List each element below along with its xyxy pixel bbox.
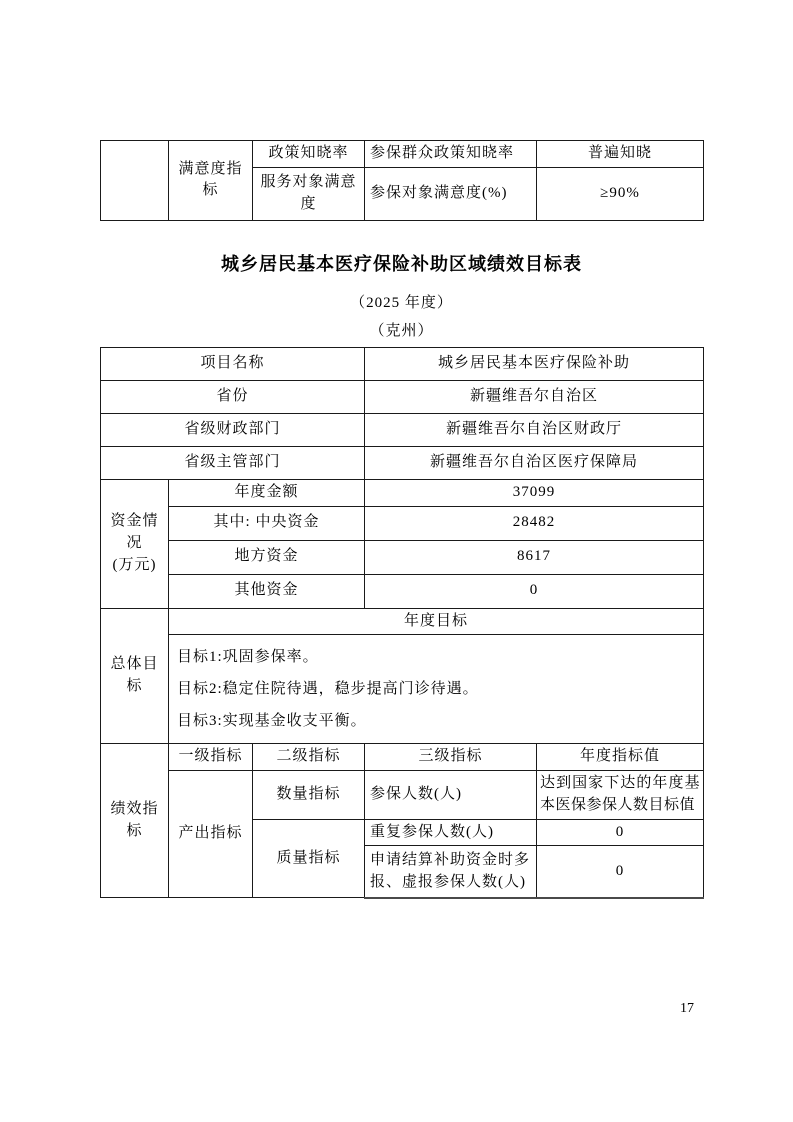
annual-goal-header-cell: 年度目标 xyxy=(169,608,704,635)
level3-indicator-cell: 申请结算补助资金时多报、虚报参保人数(人) xyxy=(365,846,537,898)
table-row: 绩效指标 一级指标 二级指标 三级指标 年度指标值 xyxy=(101,744,704,771)
funding-label: 其中: 中央资金 xyxy=(169,506,365,540)
finance-dept-label: 省级财政部门 xyxy=(101,413,365,446)
table-row: 省份 新疆维吾尔自治区 xyxy=(101,380,704,413)
table-row: 满意度指标 政策知晓率 参保群众政策知晓率 普遍知晓 xyxy=(101,141,704,168)
satisfaction-indicator-table: 满意度指标 政策知晓率 参保群众政策知晓率 普遍知晓 服务对象满意度 参保对象满… xyxy=(100,140,704,221)
title-block: 城乡居民基本医疗保险补助区域绩效目标表 （2025 年度） （克州） xyxy=(100,250,703,340)
annual-value-header-cell: 年度指标值 xyxy=(537,744,704,771)
table-row: 目标1:巩固参保率。 目标2:稳定住院待遇，稳步提高门诊待遇。 目标3:实现基金… xyxy=(101,635,704,744)
table-row: 项目名称 城乡居民基本医疗保险补助 xyxy=(101,347,704,380)
table-row: 其他资金 0 xyxy=(101,574,704,608)
indicator-value-cell: 0 xyxy=(537,819,704,846)
level1-indicator-cell: 产出指标 xyxy=(169,771,253,898)
page-number: 17 xyxy=(680,1001,694,1017)
level1-header-cell: 一级指标 xyxy=(169,744,253,771)
level3-indicator-cell: 参保人数(人) xyxy=(365,771,537,820)
tertiary-indicator-cell: 参保对象满意度(%) xyxy=(365,167,537,220)
finance-dept-value: 新疆维吾尔自治区财政厅 xyxy=(365,413,704,446)
table-row: 总体目标 年度目标 xyxy=(101,608,704,635)
indicator-value-cell: 达到国家下达的年度基本医保参保人数目标值 xyxy=(537,771,704,820)
secondary-indicator-cell: 服务对象满意度 xyxy=(253,167,365,220)
authority-dept-value: 新疆维吾尔自治区医疗保障局 xyxy=(365,446,704,479)
secondary-indicator-cell: 政策知晓率 xyxy=(253,141,365,168)
level2-header-cell: 二级指标 xyxy=(253,744,365,771)
performance-target-table: 项目名称 城乡居民基本医疗保险补助 省份 新疆维吾尔自治区 省级财政部门 新疆维… xyxy=(100,347,704,899)
province-value: 新疆维吾尔自治区 xyxy=(365,380,704,413)
province-label: 省份 xyxy=(101,380,365,413)
document-page: 满意度指标 政策知晓率 参保群众政策知晓率 普遍知晓 服务对象满意度 参保对象满… xyxy=(0,0,793,1122)
document-title: 城乡居民基本医疗保险补助区域绩效目标表 xyxy=(100,250,703,276)
performance-category-cell: 绩效指标 xyxy=(101,744,169,898)
table-row: 产出指标 数量指标 参保人数(人) 达到国家下达的年度基本医保参保人数目标值 xyxy=(101,771,704,820)
table-row: 其中: 中央资金 28482 xyxy=(101,506,704,540)
funding-label: 地方资金 xyxy=(169,540,365,574)
indicator-value-cell: 普遍知晓 xyxy=(537,141,704,168)
project-name-value: 城乡居民基本医疗保险补助 xyxy=(365,347,704,380)
funding-value: 0 xyxy=(365,574,704,608)
level2-indicator-cell: 数量指标 xyxy=(253,771,365,820)
document-subtitle-year: （2025 年度） xyxy=(100,291,703,312)
tertiary-indicator-cell: 参保群众政策知晓率 xyxy=(365,141,537,168)
funding-category-cell: 资金情况 (万元) xyxy=(101,479,169,608)
funding-label: 其他资金 xyxy=(169,574,365,608)
funding-label: 年度金额 xyxy=(169,479,365,506)
table-row: 地方资金 8617 xyxy=(101,540,704,574)
annual-goals-text-cell: 目标1:巩固参保率。 目标2:稳定住院待遇，稳步提高门诊待遇。 目标3:实现基金… xyxy=(169,635,704,744)
level3-indicator-cell: 重复参保人数(人) xyxy=(365,819,537,846)
document-subtitle-region: （克州） xyxy=(100,319,703,340)
empty-cell xyxy=(101,141,169,221)
authority-dept-label: 省级主管部门 xyxy=(101,446,365,479)
document-content: 满意度指标 政策知晓率 参保群众政策知晓率 普遍知晓 服务对象满意度 参保对象满… xyxy=(100,140,703,899)
indicator-value-cell: 0 xyxy=(537,846,704,898)
satisfaction-category-cell: 满意度指标 xyxy=(169,141,253,221)
table-row: 省级主管部门 新疆维吾尔自治区医疗保障局 xyxy=(101,446,704,479)
funding-value: 37099 xyxy=(365,479,704,506)
funding-value: 28482 xyxy=(365,506,704,540)
project-name-label: 项目名称 xyxy=(101,347,365,380)
table-row: 省级财政部门 新疆维吾尔自治区财政厅 xyxy=(101,413,704,446)
funding-value: 8617 xyxy=(365,540,704,574)
table-row: 资金情况 (万元) 年度金额 37099 xyxy=(101,479,704,506)
level3-header-cell: 三级指标 xyxy=(365,744,537,771)
overall-goal-category-cell: 总体目标 xyxy=(101,608,169,744)
level2-indicator-cell: 质量指标 xyxy=(253,819,365,898)
indicator-value-cell: ≥90% xyxy=(537,167,704,220)
